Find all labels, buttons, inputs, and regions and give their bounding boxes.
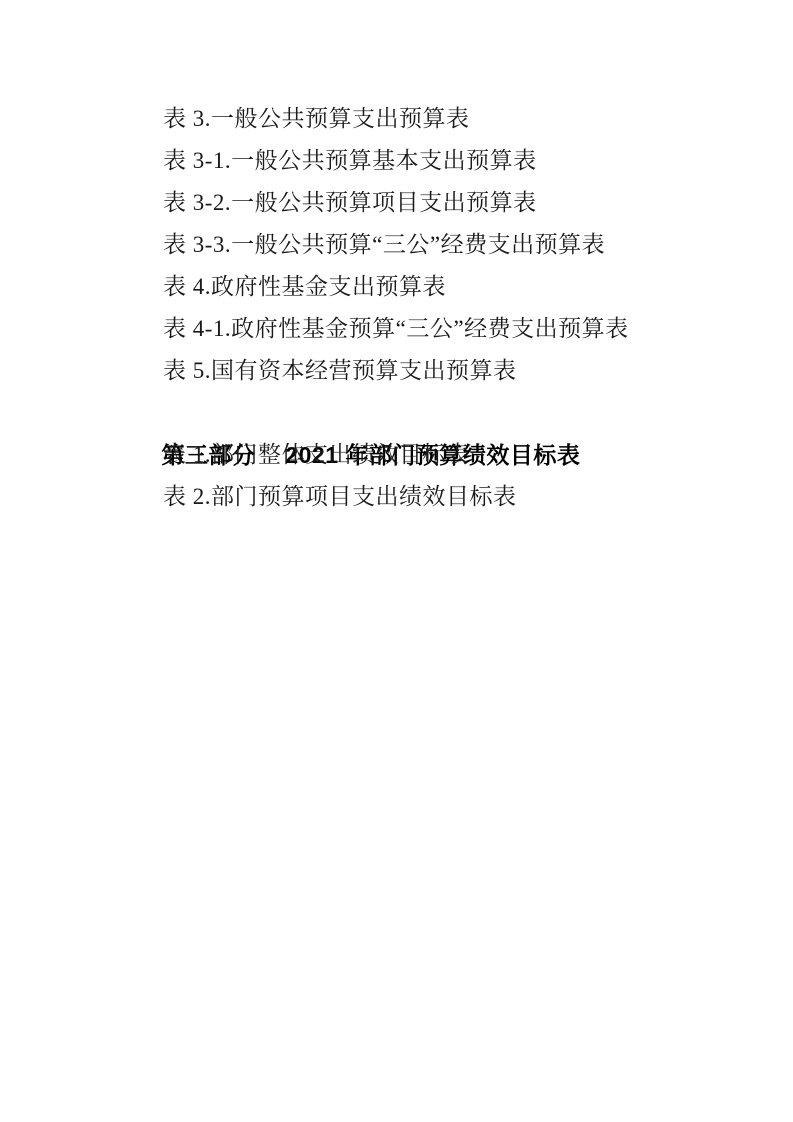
toc-item-table-3: 表 3.一般公共预算支出预算表 [0, 98, 793, 140]
toc-item-table-3-2: 表 3-2.一般公共预算项目支出预算表 [0, 182, 793, 224]
toc-item-table-1: 表 1.部门整体支出绩效目标表 [0, 434, 793, 476]
part3-section-heading: 第三部分2021 年部门预算绩效目标表 [0, 392, 793, 434]
toc-item-table-4-1: 表 4-1.政府性基金预算“三公”经费支出预算表 [0, 308, 793, 350]
toc-item-table-3-3: 表 3-3.一般公共预算“三公”经费支出预算表 [0, 224, 793, 266]
table-of-contents: 表 3.一般公共预算支出预算表 表 3-1.一般公共预算基本支出预算表 表 3-… [0, 98, 793, 518]
toc-item-table-2: 表 2.部门预算项目支出绩效目标表 [0, 476, 793, 518]
document-page: 表 3.一般公共预算支出预算表 表 3-1.一般公共预算基本支出预算表 表 3-… [0, 0, 793, 1122]
toc-item-table-3-1: 表 3-1.一般公共预算基本支出预算表 [0, 140, 793, 182]
toc-item-table-5: 表 5.国有资本经营预算支出预算表 [0, 350, 793, 392]
toc-item-table-4: 表 4.政府性基金支出预算表 [0, 266, 793, 308]
